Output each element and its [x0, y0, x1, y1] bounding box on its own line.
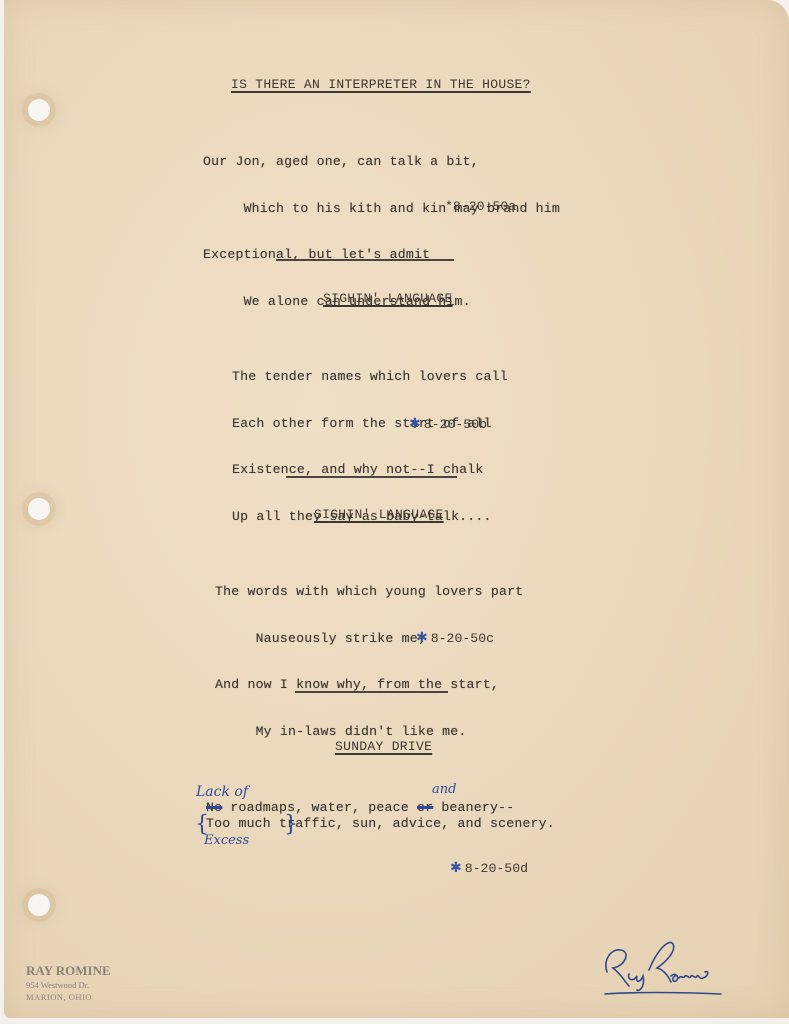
date-code-text: 8-20-50b — [424, 417, 487, 432]
divider-rule — [295, 691, 448, 693]
poem-body: The words with which young lovers part N… — [215, 553, 523, 770]
signature-icon — [599, 930, 729, 1005]
handwritten-replacement: Lack of — [196, 784, 248, 800]
stamp-address: 954 Westwood Dr. — [26, 980, 89, 990]
poem-date-code: ✱8-20-50b — [409, 416, 487, 432]
poem-line: The words with which young lovers part — [215, 584, 523, 600]
struck-word: or — [417, 800, 433, 815]
line-text: roadmaps, water, peace — [222, 800, 417, 815]
divider-rule — [276, 259, 454, 261]
date-code-text: 8-20-50d — [465, 861, 528, 876]
poem-title: IS THERE AN INTERPRETER IN THE HOUSE? — [231, 77, 531, 92]
poem-date-code: ✱8-20-50d — [450, 860, 528, 876]
poem-title: SUNDAY DRIVE — [335, 739, 432, 754]
binder-hole — [28, 99, 50, 121]
handwritten-alternative: Excess — [204, 833, 249, 848]
asterisk-mark-icon: ✱ — [450, 860, 462, 876]
poem-date-code: *8-20-50a — [445, 199, 516, 214]
poem-line: Our Jon, aged one, can talk a bit, — [203, 154, 560, 170]
handwritten-right-brace: } — [284, 812, 298, 837]
poem-line: No roadmaps, water, peace or beanery-- — [206, 800, 514, 816]
handwritten-replacement: and — [432, 782, 456, 797]
stamp-name: RAY ROMINE — [26, 963, 111, 979]
divider-rule — [286, 476, 457, 478]
poem-line: My in-laws didn't like me. — [215, 724, 523, 740]
poem-body: The tender names which lovers call Each … — [232, 338, 508, 555]
poem-title: SIGHIN' LANGUAGE — [314, 507, 444, 522]
poem-title: SIGHIN' LANGUAGE — [323, 291, 453, 306]
typed-manuscript-page: IS THERE AN INTERPRETER IN THE HOUSE? Ou… — [4, 0, 789, 1018]
asterisk-mark-icon: ✱ — [416, 630, 428, 646]
binder-hole — [28, 894, 50, 916]
stamp-city: MARION, OHIO — [26, 992, 92, 1002]
poem-date-code: ✱8-20-50c — [416, 630, 494, 646]
asterisk-mark-icon: ✱ — [409, 416, 421, 432]
date-code-text: 8-20-50c — [431, 631, 494, 646]
poem-line: The tender names which lovers call — [232, 369, 508, 385]
poem-body: Our Jon, aged one, can talk a bit, Which… — [203, 123, 560, 340]
binder-hole — [28, 498, 50, 520]
line-text: beanery-- — [433, 800, 514, 815]
poem-line: Too much traffic, sun, advice, and scene… — [206, 816, 555, 832]
